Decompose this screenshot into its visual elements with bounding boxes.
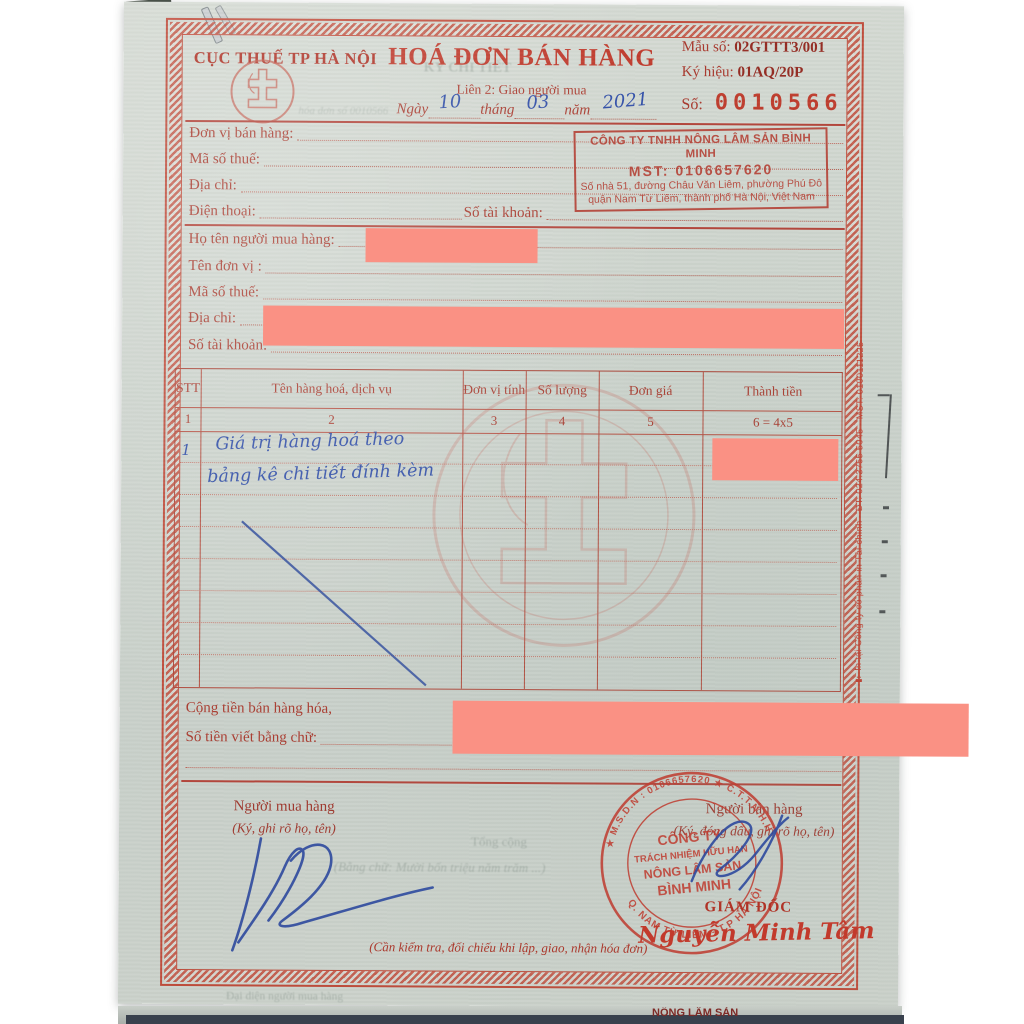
document-title: HOÁ ĐƠN BÁN HÀNG xyxy=(354,43,690,73)
stamp-address-2: quận Nam Từ Liêm, thành phố Hà Nội, Việt… xyxy=(580,191,822,208)
buyer-tax-label: Mã số thuế: xyxy=(188,284,259,301)
buyer-address-label: Địa chỉ: xyxy=(188,310,236,327)
handwritten-item-line2: bảng kê chi tiết đính kèm xyxy=(207,461,434,488)
column-number: 1 xyxy=(175,407,200,431)
cross-out-line xyxy=(235,515,436,692)
dotted-line xyxy=(266,257,843,277)
seller-tax-label: Mã số thuế: xyxy=(189,151,260,168)
stamp-company-name: CÔNG TY TNHH NÔNG LÂM SẢN BÌNH MINH xyxy=(580,131,822,163)
seller-address-label: Địa chỉ: xyxy=(189,177,237,194)
invoice-number-label: Số: xyxy=(681,96,702,113)
director-name-signature: Nguyễn Minh Tâm xyxy=(616,917,896,950)
redaction-buyer-name xyxy=(365,228,537,263)
date-month-dots: 03 xyxy=(514,102,564,119)
dotted-line xyxy=(260,202,462,219)
buyer-account-label: Số tài khoản: xyxy=(188,337,267,354)
date-day-label: Ngày xyxy=(397,101,429,118)
bleed-through-text: Đại diện người mua hàng xyxy=(226,990,343,1003)
invoice-number-line: Số: 0010566 xyxy=(681,90,842,116)
date-year-label: năm xyxy=(564,102,590,119)
column-header-stt: STT xyxy=(176,369,201,407)
handwritten-item-line1: Giá trị hàng hoá theo xyxy=(215,429,404,454)
handwritten-day: 10 xyxy=(438,91,462,113)
invoice-number-value: 0010566 xyxy=(715,90,843,116)
bleed-mark xyxy=(882,540,888,543)
date-line: Ngày 10 tháng 03 năm 2021 xyxy=(361,101,691,120)
form-number-value: 02GTTT3/001 xyxy=(734,39,825,56)
amount-in-words-label: Số tiền viết bằng chữ: xyxy=(186,729,318,747)
column-number: 6 = 4x5 xyxy=(702,410,843,435)
date-month-label: tháng xyxy=(480,102,514,119)
total-amount-label: Cộng tiền bán hàng hóa, xyxy=(186,700,332,718)
director-title: GIÁM ĐỐC xyxy=(704,899,844,917)
serial-line: Ký hiệu: 01AQ/20P xyxy=(682,64,804,82)
tax-emblem-icon xyxy=(227,58,297,124)
form-number-label: Mẫu số: xyxy=(682,39,731,55)
handwritten-row-stt: 1 xyxy=(181,441,191,459)
date-year-dots: 2021 xyxy=(590,102,656,119)
column-header-amount: Thành tiền xyxy=(703,372,844,411)
date-day-dots: 10 xyxy=(428,101,480,118)
form-number-line: Mẫu số: 02GTTT3/001 xyxy=(682,39,825,57)
serial-value: 01AQ/20P xyxy=(737,64,803,80)
handwritten-year: 2021 xyxy=(602,89,649,114)
buyer-signature-title: Người mua hàng xyxy=(189,798,379,816)
redaction-buyer-address xyxy=(263,305,844,349)
seller-company-stamp: CÔNG TY TNHH NÔNG LÂM SẢN BÌNH MINH MST:… xyxy=(573,127,828,211)
seller-account-label: Số tài khoản: xyxy=(464,205,543,222)
bleed-through-text: Tổng cộng xyxy=(471,834,527,850)
buyer-signature xyxy=(226,824,462,955)
serial-label: Ký hiệu: xyxy=(682,64,734,80)
printer-imprint: ▮▹ In tại Công ty cổ phần in Tài chính -… xyxy=(853,312,869,712)
printer-imprint-text: In tại Công ty cổ phần in Tài chính - ĐT… xyxy=(853,341,865,670)
redaction-total-amount xyxy=(452,701,968,757)
watermark-emblem-icon xyxy=(413,364,715,666)
redaction-item-amount xyxy=(712,438,838,481)
handwritten-month: 03 xyxy=(526,91,550,113)
seller-signature xyxy=(674,793,815,909)
seller-phone-label: Điện thoại: xyxy=(189,203,256,220)
buyer-name-label: Họ tên người mua hàng: xyxy=(189,231,335,249)
bleed-mark xyxy=(878,394,890,396)
next-sheet-text: NÔNG LÂM SẢN xyxy=(652,1007,852,1024)
buyer-unit-label: Tên đơn vị : xyxy=(188,258,261,275)
printer-logo-icon: ▮▹ xyxy=(854,671,863,683)
bleed-mark xyxy=(879,610,885,613)
seller-unit-label: Đơn vị bán hàng: xyxy=(189,125,293,143)
dotted-line xyxy=(263,283,842,303)
invoice-sheet: CỤC THUẾ TP HÀ NỘI KÝ CHI TIẾT HOÁ ĐƠN B… xyxy=(118,2,904,1009)
bleed-mark xyxy=(881,574,887,577)
bleed-mark xyxy=(883,506,889,509)
bleed-mark xyxy=(885,394,892,478)
